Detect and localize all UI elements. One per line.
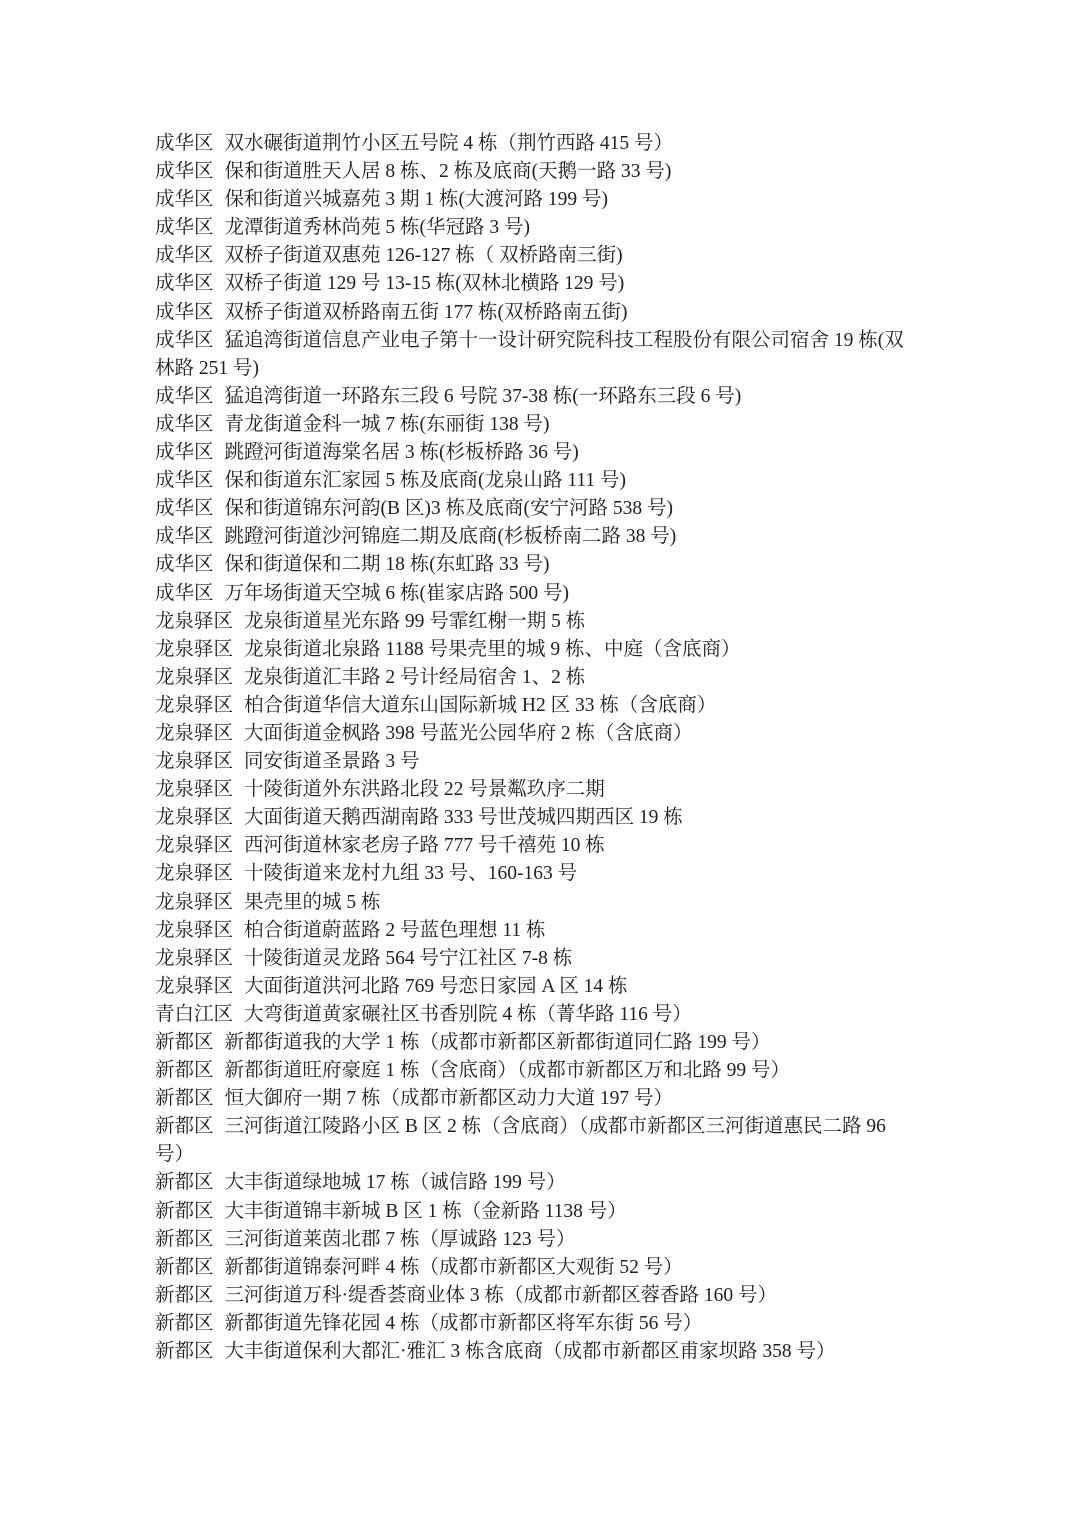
list-item: 青白江区大弯街道黄家碾社区书香别院 4 栋（菁华路 116 号） — [155, 1001, 912, 1029]
list-item: 新都区大丰街道锦丰新城 B 区 1 栋（金新路 1138 号） — [155, 1198, 912, 1226]
list-item: 成华区保和街道锦东河韵(B 区)3 栋及底商(安宁河路 538 号) — [155, 495, 912, 523]
list-item: 成华区保和街道胜天人居 8 栋、2 栋及底商(天鹅一路 33 号) — [155, 158, 912, 186]
list-item: 新都区三河街道江陵路小区 B 区 2 栋（含底商）（成都市新都区三河街道惠民二路… — [155, 1113, 912, 1169]
list-item: 龙泉驿区龙泉街道北泉路 1188 号果壳里的城 9 栋、中庭（含底商） — [155, 636, 912, 664]
address-text: 同安街道圣景路 3 号 — [244, 751, 420, 772]
district-label: 新都区 — [155, 1060, 214, 1081]
list-item: 龙泉驿区柏合街道华信大道东山国际新城 H2 区 33 栋（含底商） — [155, 692, 912, 720]
list-item: 新都区新都街道锦泰河畔 4 栋（成都市新都区大观街 52 号） — [155, 1254, 912, 1282]
list-item: 成华区跳蹬河街道海棠名居 3 栋(杉板桥路 36 号) — [155, 439, 912, 467]
address-text: 三河街道莱茵北郡 7 栋（厚诚路 123 号） — [225, 1229, 576, 1250]
list-item: 成华区双桥子街道双桥路南五街 177 栋(双桥路南五街) — [155, 299, 912, 327]
address-text: 猛追湾街道一环路东三段 6 号院 37-38 栋(一环路东三段 6 号) — [225, 386, 742, 407]
address-text: 大丰街道保利大都汇·雅汇 3 栋含底商（成都市新都区甫家坝路 358 号） — [225, 1341, 836, 1362]
district-label: 成华区 — [155, 302, 214, 323]
building-list: 成华区双水碾街道荆竹小区五号院 4 栋（荆竹西路 415 号） 成华区保和街道胜… — [155, 130, 912, 1366]
address-text: 新都街道我的大学 1 栋（成都市新都区新都街道同仁路 199 号） — [225, 1032, 771, 1053]
address-text: 跳蹬河街道海棠名居 3 栋(杉板桥路 36 号) — [225, 442, 579, 463]
district-label: 龙泉驿区 — [155, 751, 233, 772]
district-label: 龙泉驿区 — [155, 835, 233, 856]
list-item: 龙泉驿区果壳里的城 5 栋 — [155, 889, 912, 917]
address-text: 大面街道洪河北路 769 号恋日家园 A 区 14 栋 — [244, 976, 628, 997]
address-text: 跳蹬河街道沙河锦庭二期及底商(杉板桥南二路 38 号) — [225, 526, 677, 547]
address-text: 万年场街道天空城 6 栋(崔家店路 500 号) — [225, 583, 570, 604]
list-item: 龙泉驿区十陵街道来龙村九组 33 号、160-163 号 — [155, 860, 912, 888]
list-item: 龙泉驿区柏合街道蔚蓝路 2 号蓝色理想 11 栋 — [155, 917, 912, 945]
list-item: 龙泉驿区大面街道金枫路 398 号蓝光公园华府 2 栋（含底商） — [155, 720, 912, 748]
address-text: 恒大御府一期 7 栋（成都市新都区动力大道 197 号） — [225, 1088, 674, 1109]
district-label: 青白江区 — [155, 1004, 233, 1025]
district-label: 成华区 — [155, 414, 214, 435]
district-label: 龙泉驿区 — [155, 639, 233, 660]
address-text: 龙泉街道北泉路 1188 号果壳里的城 9 栋、中庭（含底商） — [244, 639, 741, 660]
list-item: 龙泉驿区西河街道林家老房子路 777 号千禧苑 10 栋 — [155, 832, 912, 860]
address-text: 保和街道锦东河韵(B 区)3 栋及底商(安宁河路 538 号) — [225, 498, 673, 519]
address-text: 保和街道东汇家园 5 栋及底商(龙泉山路 111 号) — [225, 470, 627, 491]
list-item: 成华区跳蹬河街道沙河锦庭二期及底商(杉板桥南二路 38 号) — [155, 523, 912, 551]
list-item: 龙泉驿区龙泉街道汇丰路 2 号计经局宿舍 1、2 栋 — [155, 664, 912, 692]
district-label: 成华区 — [155, 189, 214, 210]
address-text: 龙潭街道秀林尚苑 5 栋(华冠路 3 号) — [225, 217, 531, 238]
district-label: 龙泉驿区 — [155, 807, 233, 828]
district-label: 新都区 — [155, 1313, 214, 1334]
address-text: 大丰街道锦丰新城 B 区 1 栋（金新路 1138 号） — [225, 1201, 627, 1222]
district-label: 成华区 — [155, 554, 214, 575]
district-label: 成华区 — [155, 442, 214, 463]
district-label: 成华区 — [155, 273, 214, 294]
address-text: 新都街道先锋花园 4 栋（成都市新都区将军东街 56 号） — [225, 1313, 703, 1334]
address-text: 龙泉街道汇丰路 2 号计经局宿舍 1、2 栋 — [244, 667, 585, 688]
list-item: 新都区恒大御府一期 7 栋（成都市新都区动力大道 197 号） — [155, 1085, 912, 1113]
list-item: 龙泉驿区大面街道洪河北路 769 号恋日家园 A 区 14 栋 — [155, 973, 912, 1001]
district-label: 成华区 — [155, 470, 214, 491]
district-label: 成华区 — [155, 526, 214, 547]
list-item: 成华区青龙街道金科一城 7 栋(东丽街 138 号) — [155, 411, 912, 439]
list-item: 成华区保和街道保和二期 18 栋(东虹路 33 号) — [155, 551, 912, 579]
address-text: 新都街道锦泰河畔 4 栋（成都市新都区大观街 52 号） — [225, 1257, 683, 1278]
address-text: 大丰街道绿地城 17 栋（诚信路 199 号） — [225, 1172, 566, 1193]
address-text: 双桥子街道 129 号 13-15 栋(双林北横路 129 号) — [225, 273, 625, 294]
district-label: 龙泉驿区 — [155, 611, 233, 632]
list-item: 新都区三河街道莱茵北郡 7 栋（厚诚路 123 号） — [155, 1226, 912, 1254]
address-text: 西河街道林家老房子路 777 号千禧苑 10 栋 — [244, 835, 605, 856]
list-item: 成华区龙潭街道秀林尚苑 5 栋(华冠路 3 号) — [155, 214, 912, 242]
list-item: 成华区双桥子街道双惠苑 126-127 栋（ 双桥路南三街) — [155, 242, 912, 270]
district-label: 龙泉驿区 — [155, 920, 233, 941]
address-text: 大弯街道黄家碾社区书香别院 4 栋（菁华路 116 号） — [244, 1004, 692, 1025]
address-text: 柏合街道华信大道东山国际新城 H2 区 33 栋（含底商） — [244, 695, 716, 716]
address-text: 保和街道保和二期 18 栋(东虹路 33 号) — [225, 554, 550, 575]
list-item: 成华区万年场街道天空城 6 栋(崔家店路 500 号) — [155, 580, 912, 608]
address-text: 大面街道天鹅西湖南路 333 号世茂城四期西区 19 栋 — [244, 807, 683, 828]
list-item: 成华区猛追湾街道信息产业电子第十一设计研究院科技工程股份有限公司宿舍 19 栋(… — [155, 327, 912, 383]
list-item: 龙泉驿区十陵街道外东洪路北段 22 号景粼玖序二期 — [155, 776, 912, 804]
address-text: 新都街道旺府豪庭 1 栋（含底商）（成都市新都区万和北路 99 号） — [225, 1060, 791, 1081]
address-text: 大面街道金枫路 398 号蓝光公园华府 2 栋（含底商） — [244, 723, 693, 744]
district-label: 成华区 — [155, 161, 214, 182]
address-text: 十陵街道来龙村九组 33 号、160-163 号 — [244, 863, 577, 884]
district-label: 成华区 — [155, 330, 214, 351]
district-label: 龙泉驿区 — [155, 695, 233, 716]
list-item: 新都区大丰街道绿地城 17 栋（诚信路 199 号） — [155, 1169, 912, 1197]
address-text: 柏合街道蔚蓝路 2 号蓝色理想 11 栋 — [244, 920, 546, 941]
document-page: 成华区双水碾街道荆竹小区五号院 4 栋（荆竹西路 415 号） 成华区保和街道胜… — [0, 0, 1080, 1526]
district-label: 龙泉驿区 — [155, 976, 233, 997]
address-text: 猛追湾街道信息产业电子第十一设计研究院科技工程股份有限公司宿舍 19 栋(双林路… — [155, 330, 904, 379]
list-item: 成华区猛追湾街道一环路东三段 6 号院 37-38 栋(一环路东三段 6 号) — [155, 383, 912, 411]
address-text: 保和街道胜天人居 8 栋、2 栋及底商(天鹅一路 33 号) — [225, 161, 672, 182]
district-label: 新都区 — [155, 1341, 214, 1362]
district-label: 新都区 — [155, 1229, 214, 1250]
list-item: 成华区双水碾街道荆竹小区五号院 4 栋（荆竹西路 415 号） — [155, 130, 912, 158]
district-label: 成华区 — [155, 133, 214, 154]
address-text: 龙泉街道星光东路 99 号霏红榭一期 5 栋 — [244, 611, 585, 632]
address-text: 果壳里的城 5 栋 — [244, 892, 381, 913]
address-text: 三河街道江陵路小区 B 区 2 栋（含底商）（成都市新都区三河街道惠民二路 96… — [155, 1116, 886, 1165]
district-label: 龙泉驿区 — [155, 948, 233, 969]
list-item: 成华区保和街道兴城嘉苑 3 期 1 栋(大渡河路 199 号) — [155, 186, 912, 214]
address-text: 保和街道兴城嘉苑 3 期 1 栋(大渡河路 199 号) — [225, 189, 609, 210]
list-item: 龙泉驿区大面街道天鹅西湖南路 333 号世茂城四期西区 19 栋 — [155, 804, 912, 832]
district-label: 龙泉驿区 — [155, 723, 233, 744]
district-label: 新都区 — [155, 1116, 214, 1137]
district-label: 成华区 — [155, 386, 214, 407]
address-text: 双桥子街道双桥路南五街 177 栋(双桥路南五街) — [225, 302, 628, 323]
district-label: 成华区 — [155, 498, 214, 519]
list-item: 新都区大丰街道保利大都汇·雅汇 3 栋含底商（成都市新都区甫家坝路 358 号） — [155, 1338, 912, 1366]
address-text: 三河街道万科·缇香荟商业体 3 栋（成都市新都区蓉香路 160 号） — [225, 1285, 778, 1306]
address-text: 十陵街道灵龙路 564 号宁江社区 7-8 栋 — [244, 948, 572, 969]
list-item: 龙泉驿区十陵街道灵龙路 564 号宁江社区 7-8 栋 — [155, 945, 912, 973]
address-text: 双水碾街道荆竹小区五号院 4 栋（荆竹西路 415 号） — [225, 133, 674, 154]
district-label: 龙泉驿区 — [155, 779, 233, 800]
district-label: 新都区 — [155, 1088, 214, 1109]
list-item: 龙泉驿区同安街道圣景路 3 号 — [155, 748, 912, 776]
district-label: 新都区 — [155, 1285, 214, 1306]
list-item: 新都区三河街道万科·缇香荟商业体 3 栋（成都市新都区蓉香路 160 号） — [155, 1282, 912, 1310]
list-item: 新都区新都街道旺府豪庭 1 栋（含底商）（成都市新都区万和北路 99 号） — [155, 1057, 912, 1085]
district-label: 成华区 — [155, 217, 214, 238]
district-label: 新都区 — [155, 1172, 214, 1193]
district-label: 龙泉驿区 — [155, 667, 233, 688]
district-label: 成华区 — [155, 583, 214, 604]
district-label: 新都区 — [155, 1032, 214, 1053]
list-item: 新都区新都街道我的大学 1 栋（成都市新都区新都街道同仁路 199 号） — [155, 1029, 912, 1057]
list-item: 龙泉驿区龙泉街道星光东路 99 号霏红榭一期 5 栋 — [155, 608, 912, 636]
list-item: 成华区保和街道东汇家园 5 栋及底商(龙泉山路 111 号) — [155, 467, 912, 495]
list-item: 成华区双桥子街道 129 号 13-15 栋(双林北横路 129 号) — [155, 270, 912, 298]
address-text: 青龙街道金科一城 7 栋(东丽街 138 号) — [225, 414, 550, 435]
district-label: 新都区 — [155, 1201, 214, 1222]
address-text: 十陵街道外东洪路北段 22 号景粼玖序二期 — [244, 779, 605, 800]
district-label: 成华区 — [155, 245, 214, 266]
district-label: 龙泉驿区 — [155, 892, 233, 913]
district-label: 龙泉驿区 — [155, 863, 233, 884]
address-text: 双桥子街道双惠苑 126-127 栋（ 双桥路南三街) — [225, 245, 623, 266]
district-label: 新都区 — [155, 1257, 214, 1278]
list-item: 新都区新都街道先锋花园 4 栋（成都市新都区将军东街 56 号） — [155, 1310, 912, 1338]
